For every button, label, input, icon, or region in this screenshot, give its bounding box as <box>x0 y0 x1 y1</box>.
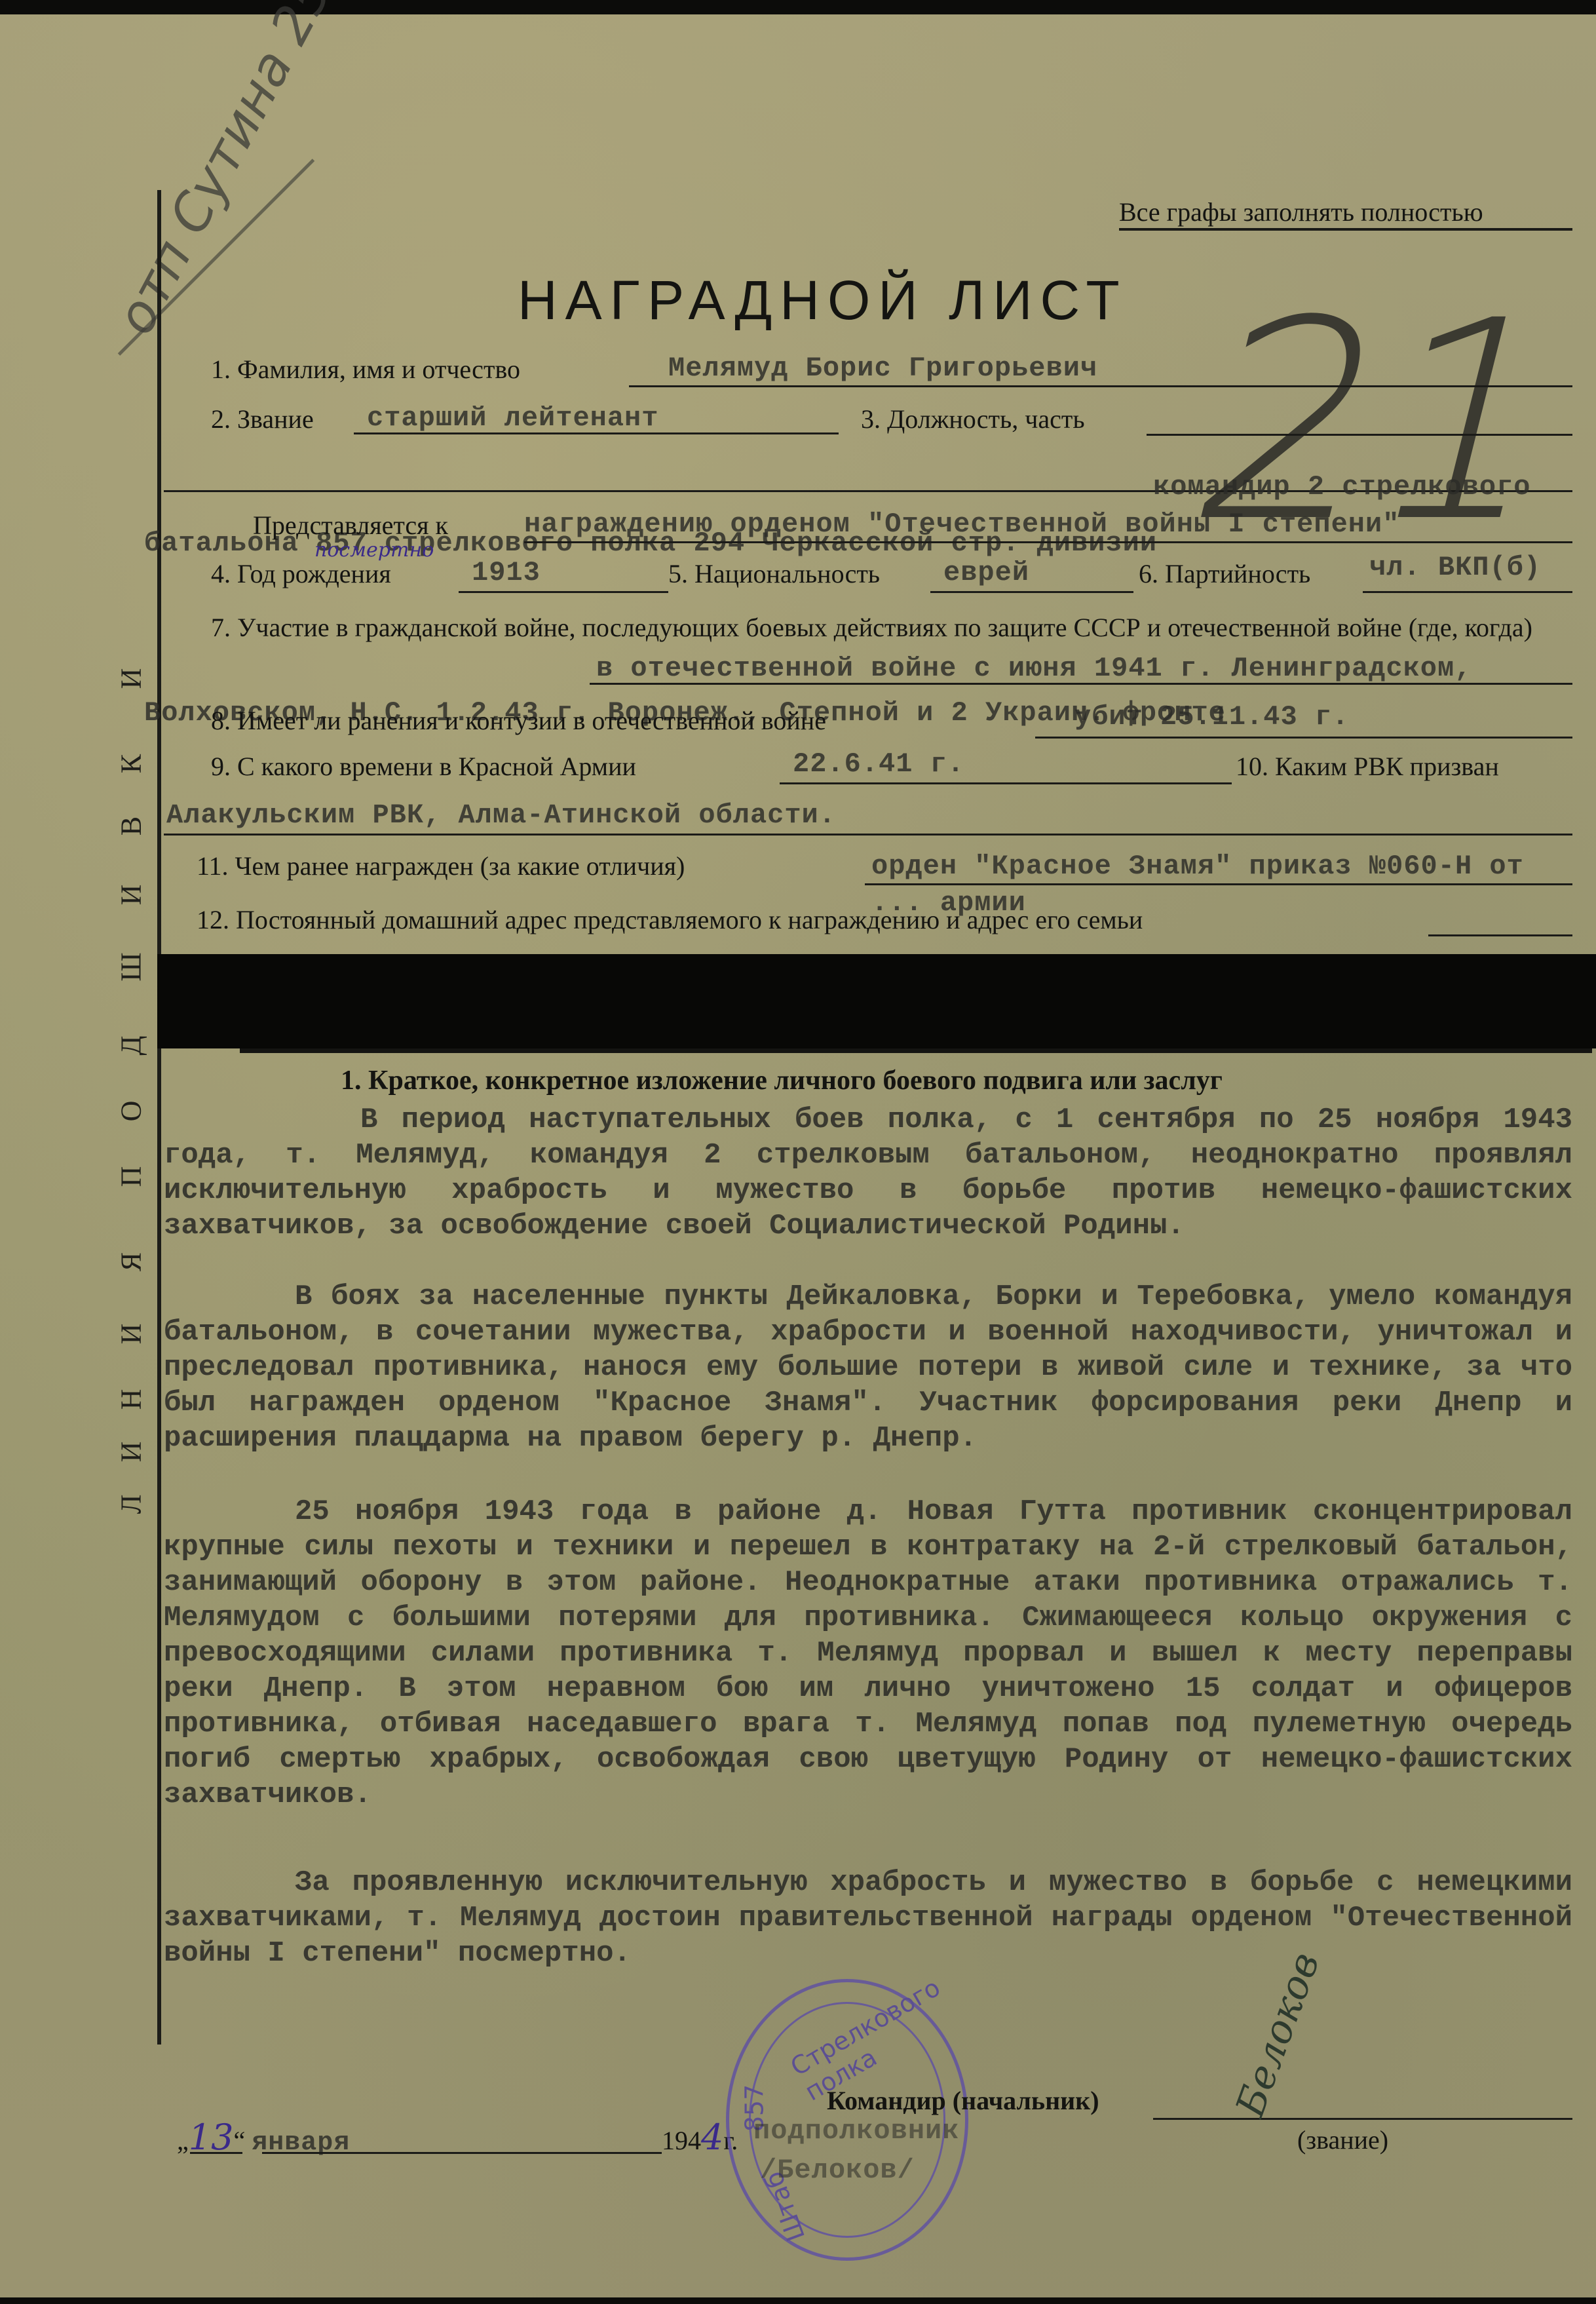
header-rule <box>1119 228 1572 231</box>
field-1-line <box>629 385 1572 387</box>
field-12-line <box>1428 934 1572 936</box>
field-5-label: 5. Национальность <box>668 558 880 589</box>
narrative-paragraph-1: В период наступательных боев полка, с 1 … <box>164 1102 1572 1244</box>
field-10-value: Алакульским РВК, Алма-Атинской области. <box>166 799 836 831</box>
field-4-label: 4. Год рождения <box>211 558 391 589</box>
field-11-label: 11. Чем ранее награжден (за какие отличи… <box>197 851 685 881</box>
field-6-line <box>1363 591 1572 593</box>
field-6-label: 6. Партийность <box>1139 558 1310 589</box>
field-9-line <box>780 782 1232 784</box>
narrative-paragraph-2: В боях за населенные пункты Дейкаловка, … <box>164 1279 1572 1456</box>
field-10-line <box>164 834 1572 835</box>
rank-caption: (звание) <box>1297 2124 1388 2155</box>
commander-name: /Белоков/ <box>760 2155 915 2186</box>
scan-edge <box>0 7 1596 14</box>
field-9-label: 9. С какого времени в Красной Армии <box>211 751 636 782</box>
field-1-value: Мелямуд Борис Григорьевич <box>668 353 1097 384</box>
date-month-line <box>262 2152 662 2154</box>
field-10-label: 10. Каким РВК призван <box>1236 751 1499 782</box>
commander-signature-line <box>1153 2118 1572 2120</box>
field-8-value: убит 25.11.43 г. <box>1074 701 1349 733</box>
field-3-label: 3. Должность, часть <box>861 404 1085 434</box>
field-4-line <box>459 591 668 593</box>
header-note: Все графы заполнять полностью <box>1119 197 1483 227</box>
narrative-section-title: 1. Краткое, конкретное изложение личного… <box>341 1065 1223 1096</box>
presented-value: награждению орденом "Отечественной войны… <box>524 509 1399 540</box>
pencil-corner-note: отп Сутина 25 <box>104 0 344 344</box>
field-4-value: 1913 <box>472 557 541 588</box>
award-sheet-page: отп Сутина 25 И К В И Ш Д О П Я И Н И Л … <box>0 7 1596 2297</box>
field-12-label: 12. Постоянный домашний адрес представля… <box>197 904 1143 935</box>
field-7-label: 7. Участие в гражданской войне, последую… <box>211 607 1574 649</box>
redacted-address-bar <box>157 954 1596 1048</box>
field-8-label: 8. Имеет ли ранения и контузии в отечест… <box>211 705 826 736</box>
presented-line <box>524 541 1572 543</box>
narrative-paragraph-3: 25 ноября 1943 года в районе д. Новая Гу… <box>164 1494 1572 1813</box>
field-8-line <box>1035 737 1572 739</box>
field-3-line-1 <box>1147 434 1572 436</box>
field-5-value: еврей <box>943 557 1029 588</box>
narrative-paragraph-4: За проявленную исключительную храбрость … <box>164 1865 1572 1971</box>
field-2-label: 2. Звание <box>211 404 314 434</box>
presented-label: Представляется к <box>253 510 448 541</box>
field-1-label: 1. Фамилия, имя и отчество <box>211 354 520 385</box>
date-day-line <box>190 2152 242 2154</box>
commander-rank: подполковник <box>753 2115 959 2147</box>
field-2-value: старший лейтенант <box>367 402 658 434</box>
field-5-line <box>930 591 1133 593</box>
page-title: НАГРАДНОЙ ЛИСТ <box>518 269 1128 332</box>
commander-signature: Белоков <box>1227 1946 1329 2122</box>
field-6-value: чл. ВКП(б) <box>1369 552 1541 583</box>
field-9-value: 22.6.41 г. <box>793 748 964 780</box>
section-divider <box>240 1048 1592 1053</box>
commander-label: Командир (начальник) <box>827 2085 1099 2116</box>
